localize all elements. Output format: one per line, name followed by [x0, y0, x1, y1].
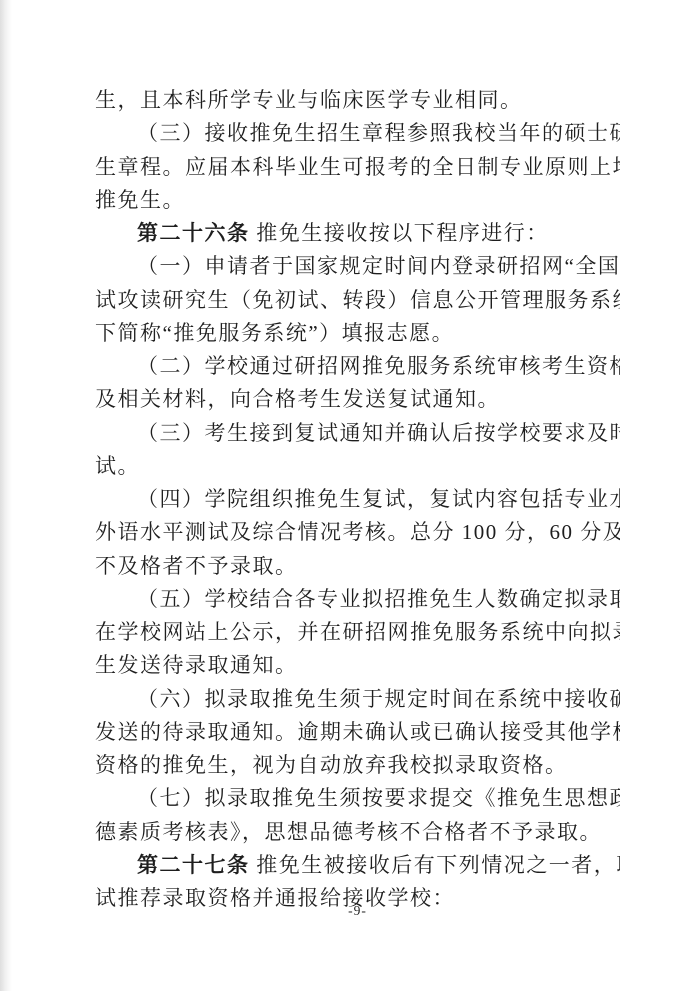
- text-line: （四）学院组织推免生复试，复试内容包括专业水平测试、: [95, 483, 620, 516]
- text-line: （一）申请者于国家规定时间内登录研招网“全国推荐免: [95, 250, 620, 283]
- text-line: （二）学校通过研招网推免服务系统审核考生资格、信息: [95, 350, 620, 383]
- text-line: 试攻读研究生（免初试、转段）信息公开管理服务系统”（以: [95, 284, 620, 317]
- article-number: 第二十六条: [137, 221, 250, 245]
- text-line: 生发送待录取通知。: [95, 649, 620, 682]
- text-line: 在学校网站上公示，并在研招网推免服务系统中向拟录取推免: [95, 616, 620, 649]
- text-line: 不及格者不予录取。: [95, 550, 620, 583]
- text-line: 第二十七条 推免生被接收后有下列情况之一者，取消免: [95, 849, 620, 882]
- text-line: 推免生。: [95, 184, 620, 217]
- document-body: 生，且本科所学专业与临床医学专业相同。（三）接收推免生招生章程参照我校当年的硕士…: [95, 84, 620, 915]
- text-line: 发送的待录取通知。逾期未确认或已确认接受其他学校拟录取: [95, 716, 620, 749]
- paragraph: （三）考生接到复试通知并确认后按学校要求及时参加复试。: [95, 417, 620, 484]
- text-line: 生，且本科所学专业与临床医学专业相同。: [95, 84, 620, 117]
- article-number: 第二十七条: [137, 853, 250, 877]
- page-number: -9-: [95, 903, 620, 919]
- text-line: 生章程。应届本科毕业生可报考的全日制专业原则上均可接收: [95, 151, 620, 184]
- text-line: 及相关材料，向合格考生发送复试通知。: [95, 383, 620, 416]
- text-line: （五）学校结合各专业拟招推免生人数确定拟录取名单，: [95, 583, 620, 616]
- paragraph: （六）拟录取推免生须于规定时间在系统中接收确认学校发送的待录取通知。逾期未确认或…: [95, 683, 620, 783]
- text-line: （七）拟录取推免生须按要求提交《推免生思想政治与品: [95, 782, 620, 815]
- paragraph: 第二十六条 推免生接收按以下程序进行：: [95, 217, 620, 250]
- paragraph: （五）学校结合各专业拟招推免生人数确定拟录取名单，在学校网站上公示，并在研招网推…: [95, 583, 620, 683]
- paragraph: （七）拟录取推免生须按要求提交《推免生思想政治与品德素质考核表》，思想品德考核不…: [95, 782, 620, 849]
- paragraph: （三）接收推免生招生章程参照我校当年的硕士研究生招生章程。应届本科毕业生可报考的…: [95, 117, 620, 217]
- text-line: 试。: [95, 450, 620, 483]
- text-line: （三）接收推免生招生章程参照我校当年的硕士研究生招: [95, 117, 620, 150]
- text-line: 德素质考核表》，思想品德考核不合格者不予录取。: [95, 816, 620, 849]
- text-line: （六）拟录取推免生须于规定时间在系统中接收确认学校: [95, 683, 620, 716]
- document-page: 生，且本科所学专业与临床医学专业相同。（三）接收推免生招生章程参照我校当年的硕士…: [0, 0, 700, 991]
- text-line: 资格的推免生，视为自动放弃我校拟录取资格。: [95, 749, 620, 782]
- text-line: 外语水平测试及综合情况考核。总分 100 分，60 分及格，复试: [95, 516, 620, 549]
- paragraph: （二）学校通过研招网推免服务系统审核考生资格、信息及相关材料，向合格考生发送复试…: [95, 350, 620, 417]
- paragraph: （一）申请者于国家规定时间内登录研招网“全国推荐免试攻读研究生（免初试、转段）信…: [95, 250, 620, 350]
- text-line: 第二十六条 推免生接收按以下程序进行：: [95, 217, 620, 250]
- text-line: （三）考生接到复试通知并确认后按学校要求及时参加复: [95, 417, 620, 450]
- paragraph: （四）学院组织推免生复试，复试内容包括专业水平测试、外语水平测试及综合情况考核。…: [95, 483, 620, 583]
- paragraph: 生，且本科所学专业与临床医学专业相同。: [95, 84, 620, 117]
- text-line: 下简称“推免服务系统”）填报志愿。: [95, 317, 620, 350]
